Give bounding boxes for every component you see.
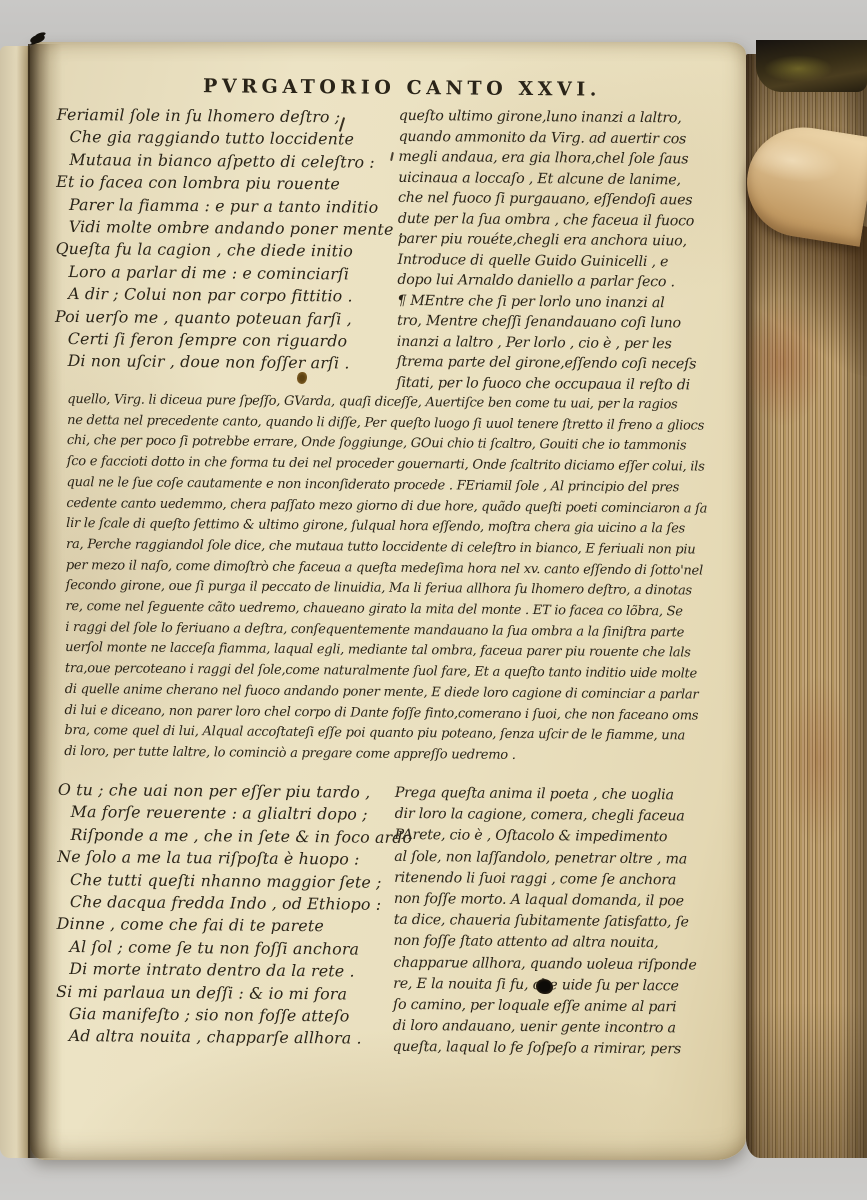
text-line: Che gia raggiando tutto loccidente <box>56 126 396 151</box>
bottom-left-verse-column: O tu ; che uai non per eſſer piu tardo ,… <box>56 779 398 1051</box>
text-line: Mutaua in bianco aſpetto di celeſtro : <box>56 149 396 174</box>
text-line: dopo lui Arnaldo daniello a parlar ſeco … <box>397 270 741 294</box>
printed-text-layer: PVRGATORIO CANTO XXVI. Feriamil ſole in … <box>0 0 867 1200</box>
text-line: Loro a parlar di me : e cominciarſi <box>55 261 395 286</box>
text-line: Al ſol ; come ſe tu non foſſi anchora <box>56 936 396 961</box>
text-line: Parer la fiamma : e pur a tanto inditio <box>56 194 396 219</box>
text-line: Che dacqua fredda Indo , od Ethiopo : <box>57 891 397 916</box>
text-line: Di non uſcir , doue non foſſer arſi . <box>55 350 395 375</box>
text-line: Di morte intrato dentro da la rete . <box>56 958 396 983</box>
text-line: tro, Mentre cheſſi ſenandauano coſi luno <box>397 311 741 335</box>
text-line: ta dice, chaueria ſubitamente ſatisfatto… <box>394 910 738 934</box>
text-line: Prega queſta anima il poeta , che uoglia <box>395 783 739 807</box>
text-line: Poi uerſo me , quanto poteuan farſi , <box>55 306 395 331</box>
text-line: Dinne , come che fai di te parete <box>57 913 397 938</box>
running-title: PVRGATORIO CANTO XXVI. <box>92 74 712 101</box>
text-line: ſtrema parte del girone,eſſendo coſi nec… <box>397 352 741 376</box>
text-line: Riſponde a me , che in ſete & in foco ar… <box>57 824 397 849</box>
text-line: Ma forſe reuerente : a glialtri dopo ; <box>58 801 398 826</box>
text-line: dir loro la cagione, comera, chegli face… <box>395 804 739 828</box>
top-right-commentary-column: queſto ultimo girone,luno inanzi a laltr… <box>396 106 742 396</box>
text-line: al ſole, non laſſandolo, penetrar oltre … <box>394 846 738 870</box>
text-line: Ad altra nouita , chapparſe allhora . <box>56 1025 396 1050</box>
black-ink-blot <box>536 979 553 994</box>
text-line: Vidi molte ombre andando poner mente . <box>56 216 396 241</box>
text-line: re, E la nouita ſi fu, che uide ſu per l… <box>393 974 737 998</box>
text-line: di loro andauano, uenir gente incontro a <box>393 1016 737 1040</box>
text-line: megli andaua, era gia lhora,chel ſole ſa… <box>398 147 742 171</box>
text-line: A dir ; Colui non par corpo fittitio . <box>55 283 395 308</box>
text-line: non foſſe ſtato attento ad altra nouita, <box>393 931 737 955</box>
text-line: parer piu rouéte,chegli era anchora uiuo… <box>398 229 742 253</box>
text-line: PArete, cio è , Oſtacolo & impedimento <box>394 825 738 849</box>
bottom-right-commentary-column: Prega queſta anima il poeta , che uoglia… <box>393 783 739 1062</box>
text-line: O tu ; che uai non per eſſer piu tardo , <box>58 779 398 804</box>
middle-commentary-block: quello, Virg. li diceua pure ſpeſſo, GVa… <box>64 390 735 768</box>
text-line: Et io facea con lombra piu rouente <box>56 171 396 196</box>
text-line: queſto ultimo girone,luno inanzi a laltr… <box>399 106 743 130</box>
text-line: queſta, laqual lo fe ſoſpeſo a rimirar, … <box>393 1037 737 1061</box>
text-line: non foſſe morto. A laqual domanda, il po… <box>394 889 738 913</box>
text-line: Si mi parlaua un deſſi : & io mi fora <box>56 981 396 1006</box>
text-line: ſo camino, per loquale eſſe anime al par… <box>393 995 737 1019</box>
text-line: Ne ſolo a me la tua riſpoſta è huopo : <box>57 846 397 871</box>
text-line: Che tutti queſti nhanno maggior ſete ; <box>57 869 397 894</box>
text-line: Certi ſi feron ſempre con riguardo <box>55 328 395 353</box>
text-line: Queſta fu la cagion , che diede initio <box>56 238 396 263</box>
photographed-book-scene: PVRGATORIO CANTO XXVI. Feriamil ſole in … <box>0 0 867 1200</box>
text-line: ritenendo li ſuoi raggi , come ſe anchor… <box>394 868 738 892</box>
top-left-verse-column: Feriamil ſole in ſu lhomero deſtro ;Che … <box>55 104 397 376</box>
text-line: Feriamil ſole in ſu lhomero deſtro ; <box>57 104 397 129</box>
text-line: chapparue allhora, quando uoleua riſpond… <box>393 952 737 976</box>
text-line: Gia manifeſto ; sio non foſſe atteſo <box>56 1003 396 1028</box>
text-line: che nel fuoco ſi purgauano, eſſendoſi au… <box>398 188 742 212</box>
